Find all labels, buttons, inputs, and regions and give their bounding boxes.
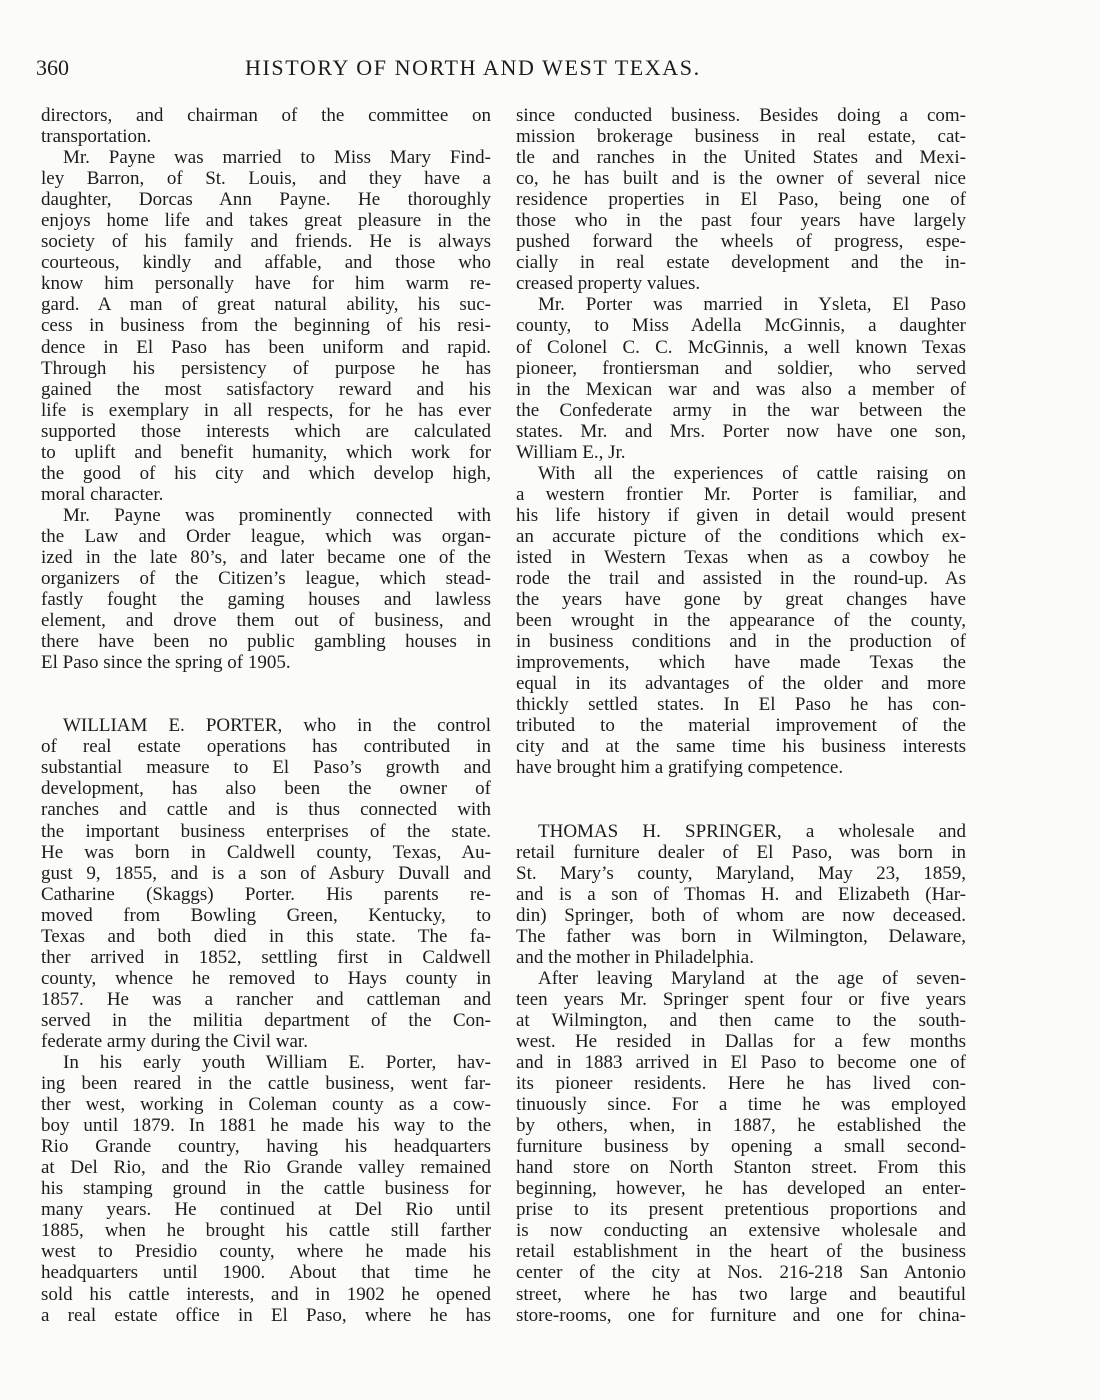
text-line: the good of his city and which develop h… [41,463,491,484]
text-line: boy until 1879. In 1881 he made his way … [41,1115,491,1136]
text-line: an accurate picture of the conditions wh… [516,526,966,547]
text-line: ther west, working in Coleman county as … [41,1094,491,1115]
text-line: retail furniture dealer of El Paso, was … [516,842,966,863]
text-line: equal in its advantages of the older and… [516,673,966,694]
text-line: gard. A man of great natural ability, hi… [41,294,491,315]
page-number: 360 [36,55,69,81]
text-line: many years. He continued at Del Rio unti… [41,1199,491,1220]
text-line: at Wilmington, and then came to the sout… [516,1010,966,1031]
text-line: life is exemplary in all respects, for h… [41,400,491,421]
text-line: the important business enterprises of th… [41,821,491,842]
text-line: and is a son of Thomas H. and Elizabeth … [516,884,966,905]
text-line: cially in real estate development and th… [516,252,966,273]
text-line: Catharine (Skaggs) Porter. His parents r… [41,884,491,905]
text-line: since conducted business. Besides doing … [516,105,966,126]
text-line: co, he has built and is the owner of sev… [516,168,966,189]
section-break [516,779,966,821]
text-line: its pioneer residents. Here he has lived… [516,1073,966,1094]
text-line: store-rooms, one for furniture and one f… [516,1305,966,1326]
text-line: creased property values. [516,273,966,294]
text-line: 1857. He was a rancher and cattleman and [41,989,491,1010]
text-line: Mr. Porter was married in Ysleta, El Pas… [516,294,966,315]
text-line: states. Mr. and Mrs. Porter now have one… [516,421,966,442]
text-line: enjoys home life and takes great pleasur… [41,210,491,231]
text-line: tributed to the material improvement of … [516,715,966,736]
section-break [41,673,491,715]
text-line: to uplift and benefit humanity, which wo… [41,442,491,463]
text-line: his stamping ground in the cattle busine… [41,1178,491,1199]
text-line: tinuously since. For a time he was emplo… [516,1094,966,1115]
text-line: courteous, kindly and affable, and those… [41,252,491,273]
text-line: west to Presidio county, where he made h… [41,1241,491,1262]
text-line: ized in the late 80’s, and later became … [41,547,491,568]
right-text-column: since conducted business. Besides doing … [516,105,966,1326]
text-line: fastly fought the gaming houses and lawl… [41,589,491,610]
text-line: He was born in Caldwell county, Texas, A… [41,842,491,863]
text-line: THOMAS H. SPRINGER, a wholesale and [516,821,966,842]
text-line: of real estate operations has contribute… [41,736,491,757]
text-line: improvements, which have made Texas the [516,652,966,673]
text-line: at Del Rio, and the Rio Grande valley re… [41,1157,491,1178]
text-line: organizers of the Citizen’s league, whic… [41,568,491,589]
text-line: the Confederate army in the war between … [516,400,966,421]
text-line: west. He resided in Dallas for a few mon… [516,1031,966,1052]
text-line: gust 9, 1855, and is a son of Asbury Duv… [41,863,491,884]
text-line: pioneer, frontiersman and soldier, who s… [516,358,966,379]
text-line: sold his cattle interests, and in 1902 h… [41,1284,491,1305]
text-line: know him personally have for him warm re… [41,273,491,294]
text-line: daughter, Dorcas Ann Payne. He thoroughl… [41,189,491,210]
text-line: headquarters until 1900. About that time… [41,1262,491,1283]
text-line: William E., Jr. [516,442,966,463]
text-line: street, where he has two large and beaut… [516,1284,966,1305]
text-line: The father was born in Wilmington, Delaw… [516,926,966,947]
text-line: the years have gone by great changes hav… [516,589,966,610]
text-line: federate army during the Civil war. [41,1031,491,1052]
text-line: county, to Miss Adella McGinnis, a daugh… [516,315,966,336]
text-line: society of his family and friends. He is… [41,231,491,252]
text-line: hand store on North Stanton street. From… [516,1157,966,1178]
text-line: the Law and Order league, which was orga… [41,526,491,547]
text-line: directors, and chairman of the committee… [41,105,491,126]
text-line: city and at the same time his business i… [516,736,966,757]
text-line: Mr. Payne was married to Miss Mary Find- [41,147,491,168]
text-line: beginning, however, he has developed an … [516,1178,966,1199]
text-line: After leaving Maryland at the age of sev… [516,968,966,989]
text-line: pushed forward the wheels of progress, e… [516,231,966,252]
text-line: Mr. Payne was prominently connected with [41,505,491,526]
text-line: his life history if given in detail woul… [516,505,966,526]
text-line: din) Springer, both of whom are now dece… [516,905,966,926]
text-line: those who in the past four years have la… [516,210,966,231]
text-line: element, and drove them out of business,… [41,610,491,631]
text-line: rode the trail and assisted in the round… [516,568,966,589]
text-line: Through his persistency of purpose he ha… [41,358,491,379]
text-line: in business conditions and in the produc… [516,631,966,652]
text-line: Rio Grande country, having his headquart… [41,1136,491,1157]
text-line: development, has also been the owner of [41,778,491,799]
text-line: county, whence he removed to Hays county… [41,968,491,989]
text-line: St. Mary’s county, Maryland, May 23, 185… [516,863,966,884]
text-line: 1885, when he brought his cattle still f… [41,1220,491,1241]
text-line: is now conducting an extensive wholesale… [516,1220,966,1241]
text-line: center of the city at Nos. 216-218 San A… [516,1262,966,1283]
text-line: gained the most satisfactory reward and … [41,379,491,400]
text-line: by others, when, in 1887, he established… [516,1115,966,1136]
text-line: transportation. [41,126,491,147]
text-line: isted in Western Texas when as a cowboy … [516,547,966,568]
text-line: ing been reared in the cattle business, … [41,1073,491,1094]
text-line: WILLIAM E. PORTER, who in the control [41,715,491,736]
page-header: 360 HISTORY OF NORTH AND WEST TEXAS. [0,55,1100,85]
text-line: there have been no public gambling house… [41,631,491,652]
text-line: Texas and both died in this state. The f… [41,926,491,947]
text-line: served in the militia department of the … [41,1010,491,1031]
text-line: moral character. [41,484,491,505]
text-line: have brought him a gratifying competence… [516,757,966,778]
text-line: dence in El Paso has been uniform and ra… [41,337,491,358]
text-line: supported those interests which are calc… [41,421,491,442]
text-line: furniture business by opening a small se… [516,1136,966,1157]
text-line: of Colonel C. C. McGinnis, a well known … [516,337,966,358]
text-line: ley Barron, of St. Louis, and they have … [41,168,491,189]
text-line: thickly settled states. In El Paso he ha… [516,694,966,715]
text-line: tle and ranches in the United States and… [516,147,966,168]
text-line: cess in business from the beginning of h… [41,315,491,336]
text-line: moved from Bowling Green, Kentucky, to [41,905,491,926]
text-line: ranches and cattle and is thus connected… [41,799,491,820]
text-line: teen years Mr. Springer spent four or fi… [516,989,966,1010]
text-line: been wrought in the appearance of the co… [516,610,966,631]
text-line: retail establishment in the heart of the… [516,1241,966,1262]
running-head-title: HISTORY OF NORTH AND WEST TEXAS. [245,55,701,81]
text-line: In his early youth William E. Porter, ha… [41,1052,491,1073]
text-line: and in 1883 arrived in El Paso to become… [516,1052,966,1073]
text-line: ther arrived in 1852, settling first in … [41,947,491,968]
text-line: and the mother in Philadelphia. [516,947,966,968]
text-line: residence properties in El Paso, being o… [516,189,966,210]
text-line: El Paso since the spring of 1905. [41,652,491,673]
text-line: a real estate office in El Paso, where h… [41,1305,491,1326]
left-text-column: directors, and chairman of the committee… [41,105,491,1326]
text-line: With all the experiences of cattle raisi… [516,463,966,484]
text-line: a western frontier Mr. Porter is familia… [516,484,966,505]
text-line: in the Mexican war and was also a member… [516,379,966,400]
book-page: 360 HISTORY OF NORTH AND WEST TEXAS. dir… [0,0,1100,1400]
text-line: prise to its present pretentious proport… [516,1199,966,1220]
text-line: mission brokerage business in real estat… [516,126,966,147]
text-line: substantial measure to El Paso’s growth … [41,757,491,778]
